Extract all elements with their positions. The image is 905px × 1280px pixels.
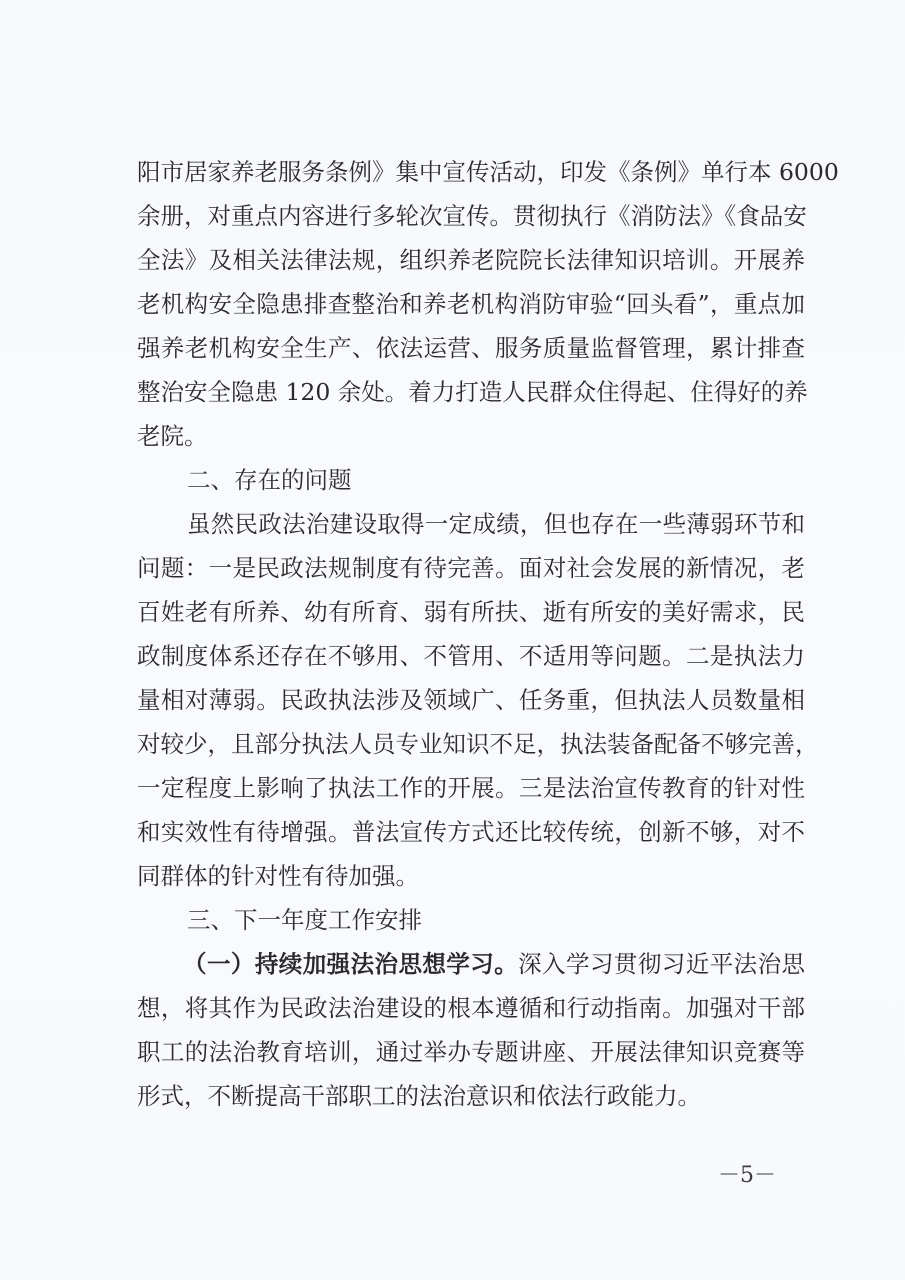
text-line: 老机构安全隐患排查整治和养老机构消防审验“回头看”，重点加: [137, 282, 805, 326]
item-lead-rest: 深入学习贯彻习近平法治思: [518, 950, 805, 978]
text-line: 想，将其作为民政法治建设的根本遵循和行动指南。加强对干部: [137, 986, 805, 1030]
text-line: 量相对薄弱。民政执法涉及领域广、任务重，但执法人员数量相: [137, 678, 805, 722]
text-line: 一定程度上影响了执法工作的开展。三是法治宣传教育的针对性: [137, 766, 805, 810]
section-heading-problems: 二、存在的问题: [137, 458, 805, 502]
text-line: 对较少，且部分执法人员专业知识不足，执法装备配备不够完善，: [137, 722, 805, 766]
page-number: －5－: [718, 1158, 776, 1189]
text-line: 和实效性有待增强。普法宣传方式还比较传统，创新不够，对不: [137, 810, 805, 854]
text-line: 虽然民政法治建设取得一定成绩，但也存在一些薄弱环节和: [137, 502, 805, 546]
section-heading-next-year-plan: 三、下一年度工作安排: [137, 898, 805, 942]
paragraph-problems: 虽然民政法治建设取得一定成绩，但也存在一些薄弱环节和 问题：一是民政法规制度有待…: [137, 502, 805, 898]
text-line: 余册，对重点内容进行多轮次宣传。贯彻执行《消防法》《食品安: [137, 194, 805, 238]
text-line: 强养老机构安全生产、依法运营、服务质量监督管理，累计排查: [137, 326, 805, 370]
text-line: 政制度体系还存在不够用、不管用、不适用等问题。二是执法力: [137, 634, 805, 678]
item-lead-bold: （一）持续加强法治思想学习。: [183, 950, 518, 978]
text-line: 老院。: [137, 414, 805, 458]
text-line: 百姓老有所养、幼有所育、弱有所扶、逝有所安的美好需求，民: [137, 590, 805, 634]
document-body: 阳市居家养老服务条例》集中宣传活动，印发《条例》单行本 6000 余册，对重点内…: [137, 150, 805, 1118]
text-line: 同群体的针对性有待加强。: [137, 854, 805, 898]
paragraph-item-one: （一）持续加强法治思想学习。深入学习贯彻习近平法治思 想，将其作为民政法治建设的…: [137, 942, 805, 1118]
text-line: 形式，不断提高干部职工的法治意识和依法行政能力。: [137, 1074, 805, 1118]
document-page: 阳市居家养老服务条例》集中宣传活动，印发《条例》单行本 6000 余册，对重点内…: [0, 0, 905, 1280]
text-line: 整治安全隐患 120 余处。着力打造人民群众住得起、住得好的养: [137, 370, 805, 414]
text-line: 问题：一是民政法规制度有待完善。面对社会发展的新情况，老: [137, 546, 805, 590]
text-line: 阳市居家养老服务条例》集中宣传活动，印发《条例》单行本 6000: [137, 150, 805, 194]
text-line: 全法》及相关法律法规，组织养老院院长法律知识培训。开展养: [137, 238, 805, 282]
text-line: （一）持续加强法治思想学习。深入学习贯彻习近平法治思: [137, 942, 805, 986]
paragraph-continuation: 阳市居家养老服务条例》集中宣传活动，印发《条例》单行本 6000 余册，对重点内…: [137, 150, 805, 458]
text-line: 职工的法治教育培训，通过举办专题讲座、开展法律知识竞赛等: [137, 1030, 805, 1074]
